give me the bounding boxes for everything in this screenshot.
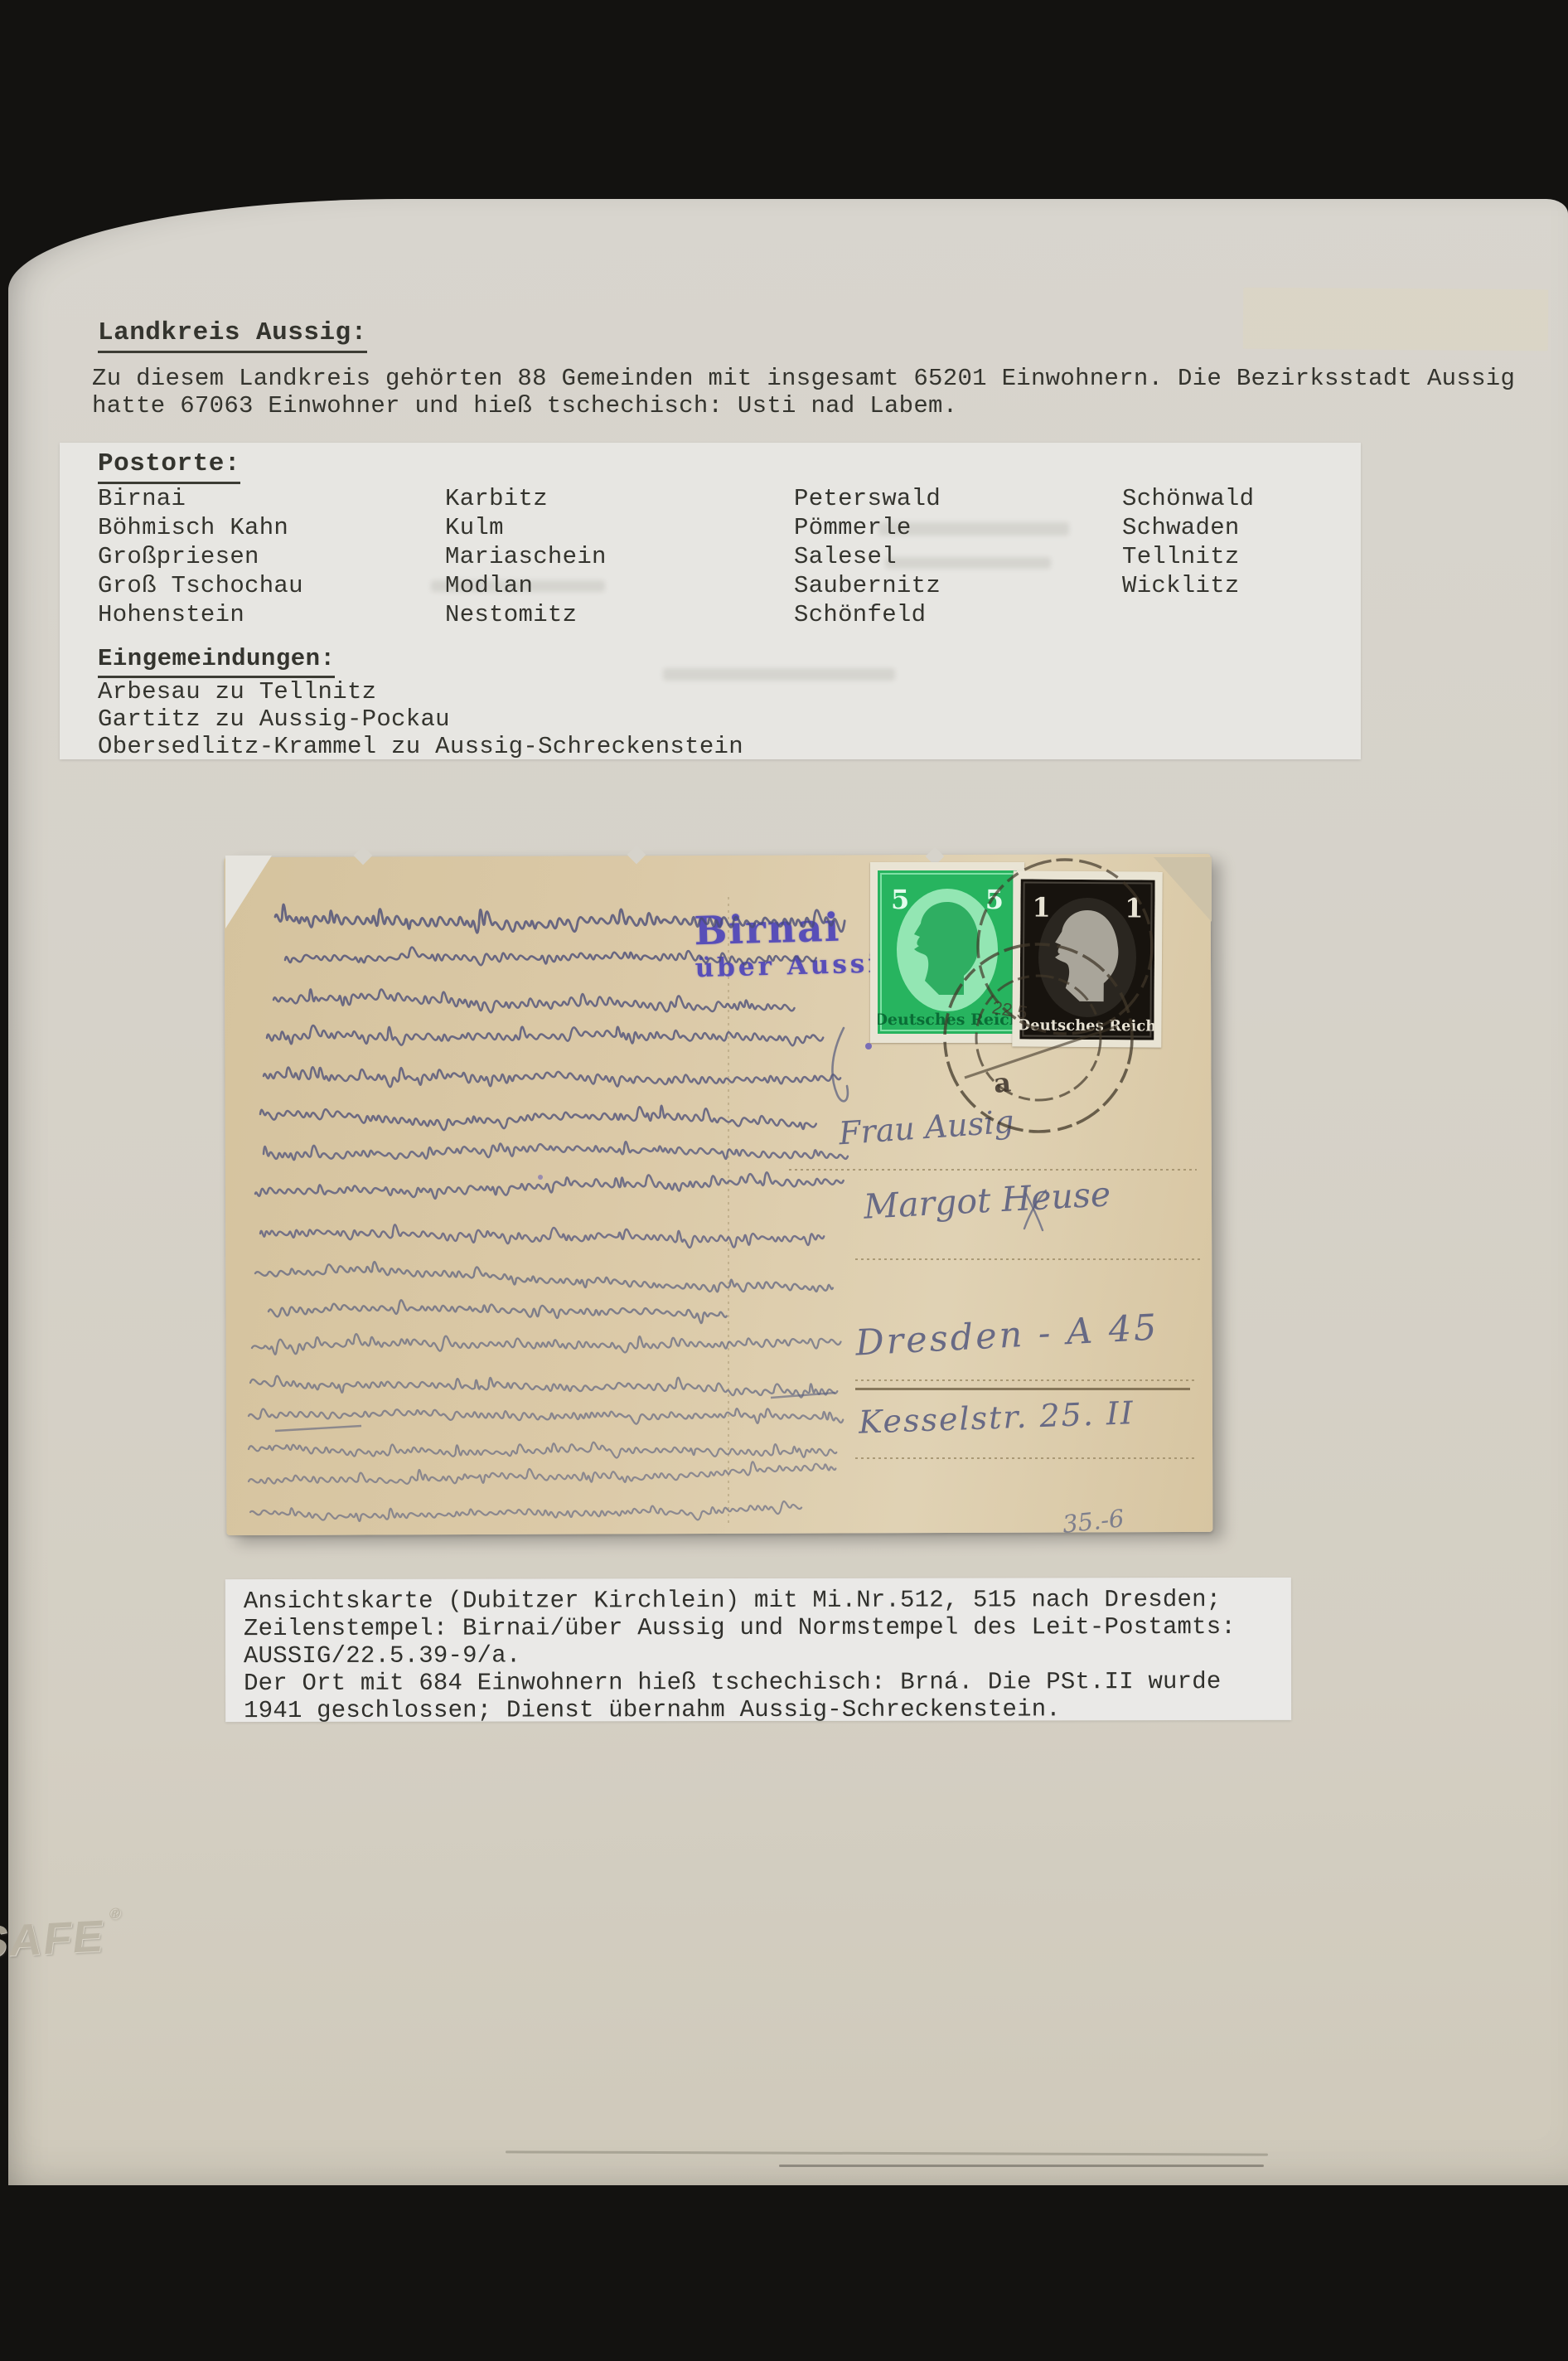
eingemeindung-item: Obersedlitz-Krammel zu Aussig-Schreckens… bbox=[98, 733, 743, 760]
registered-trademark-icon: ® bbox=[109, 1905, 123, 1922]
postorte-item: Birnai bbox=[98, 484, 303, 513]
stamp-denomination: 5 bbox=[985, 884, 1004, 915]
brand-name: SAFE bbox=[0, 1911, 108, 1967]
postorte-item: Modlan bbox=[445, 571, 607, 600]
stamp-design: 1 1 Deutsches Reich bbox=[1019, 879, 1154, 1040]
postorte-item: Groß Tschochau bbox=[98, 571, 303, 600]
postorte-item: Nestomitz bbox=[445, 600, 607, 629]
postorte-column: KarbitzKulmMariascheinModlanNestomitz bbox=[445, 484, 607, 629]
caption-label: Ansichtskarte (Dubitzer Kirchlein) mit M… bbox=[225, 1578, 1291, 1722]
address-dotted-line bbox=[789, 1169, 1197, 1171]
caption-line: Zeilenstempel: Birnai/über Aussig und No… bbox=[244, 1613, 1236, 1642]
eingemeindung-item: Arbesau zu Tellnitz bbox=[98, 678, 743, 705]
caption-line: Der Ort mit 684 Einwohnern hieß tschechi… bbox=[244, 1668, 1236, 1697]
postorte-item: Schwaden bbox=[1122, 513, 1254, 542]
caption-text: Ansichtskarte (Dubitzer Kirchlein) mit M… bbox=[244, 1586, 1236, 1724]
postorte-item: Schönwald bbox=[1122, 484, 1254, 513]
stamp-1pf-hindenburg: 1 1 Deutsches Reich bbox=[1012, 870, 1162, 1047]
stamp-denomination: 1 bbox=[1125, 892, 1144, 924]
address-dotted-line bbox=[855, 1379, 1195, 1381]
address-dotted-line bbox=[855, 1457, 1197, 1459]
postorte-heading: Postorte: bbox=[98, 449, 240, 484]
postcard-divider-line bbox=[728, 897, 729, 1524]
intro-line: hatte 67063 Einwohner und hieß tschechis… bbox=[92, 392, 957, 419]
postorte-item: Karbitz bbox=[445, 484, 607, 513]
album-brand-logo: SAFE® bbox=[0, 1910, 121, 1969]
stamp-design: 5 5 Deutsches Reich bbox=[878, 870, 1017, 1034]
postorte-item: Tellnitz bbox=[1122, 542, 1254, 571]
stamp-country-label: Deutsches Reich bbox=[878, 1011, 1017, 1029]
caption-line: AUSSIG/22.5.39-9/a. bbox=[244, 1641, 1236, 1670]
postorte-column: PeterswaldPömmerleSaleselSaubernitzSchön… bbox=[794, 484, 941, 629]
page-title: Landkreis Aussig: bbox=[98, 318, 367, 353]
postorte-item: Schönfeld bbox=[794, 600, 941, 629]
postorte-item: Kulm bbox=[445, 513, 607, 542]
postorte-item: Saubernitz bbox=[794, 571, 941, 600]
postorte-item: Salesel bbox=[794, 542, 941, 571]
postorte-item: Hohenstein bbox=[98, 600, 303, 629]
postorte-sheet: Postorte: BirnaiBöhmisch KahnGroßpriesen… bbox=[60, 443, 1361, 759]
stamp-5pf-hindenburg: 5 5 Deutsches Reich bbox=[870, 862, 1024, 1043]
page-stack-edge bbox=[779, 2165, 1264, 2167]
stamp-denomination: 1 bbox=[1032, 892, 1051, 924]
address-underline bbox=[855, 1388, 1190, 1390]
eingemeindung-item: Gartitz zu Aussig-Pockau bbox=[98, 705, 743, 733]
address-dotted-line bbox=[855, 1258, 1200, 1260]
postorte-item: Peterswald bbox=[794, 484, 941, 513]
intro-line: Zu diesem Landkreis gehörten 88 Gemeinde… bbox=[92, 365, 1515, 392]
eingemeindungen-heading: Eingemeindungen: bbox=[98, 645, 335, 678]
postorte-item: Böhmisch Kahn bbox=[98, 513, 303, 542]
postorte-column: SchönwaldSchwadenTellnitzWicklitz bbox=[1122, 484, 1254, 600]
caption-line: Ansichtskarte (Dubitzer Kirchlein) mit M… bbox=[244, 1586, 1236, 1615]
postorte-item: Pömmerle bbox=[794, 513, 941, 542]
stamp-country-label: Deutsches Reich bbox=[1019, 1016, 1154, 1035]
caption-line: 1941 geschlossen; Dienst übernahm Aussig… bbox=[244, 1695, 1236, 1724]
postorte-item: Großpriesen bbox=[98, 542, 303, 571]
eingemeindungen-list: Arbesau zu TellnitzGartitz zu Aussig-Poc… bbox=[98, 678, 743, 760]
postorte-item: Mariaschein bbox=[445, 542, 607, 571]
tape-mark bbox=[1243, 288, 1549, 351]
stamp-denomination: 5 bbox=[891, 884, 909, 915]
postorte-item: Wicklitz bbox=[1122, 571, 1254, 600]
postorte-column: BirnaiBöhmisch KahnGroßpriesenGroß Tscho… bbox=[98, 484, 303, 629]
